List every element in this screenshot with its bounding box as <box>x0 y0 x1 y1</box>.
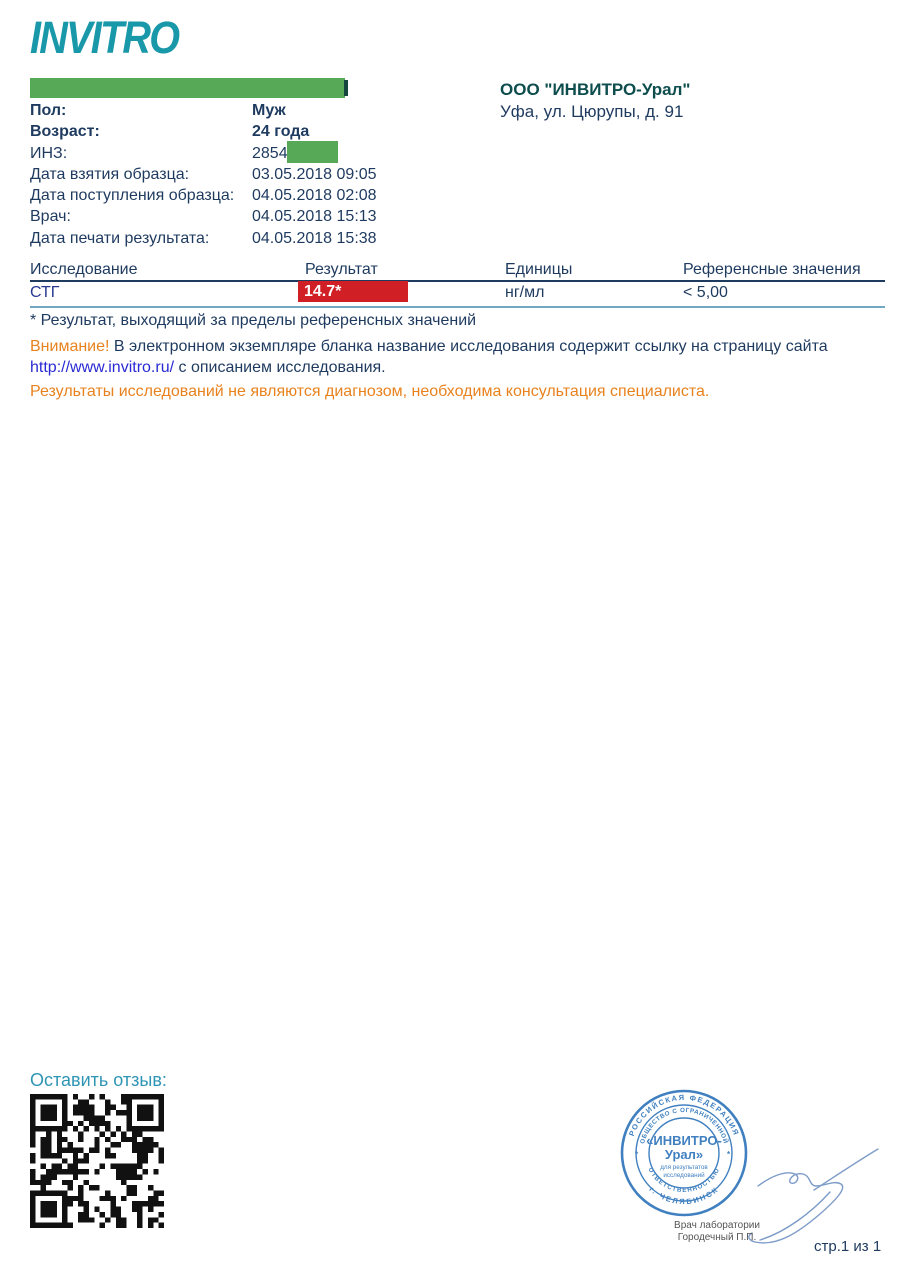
stamp-center-line2: Урал» <box>665 1147 703 1162</box>
stamp-center-line3: для результатов <box>660 1164 708 1171</box>
stamp-center-line1: «ИНВИТРО- <box>646 1133 722 1148</box>
stamp-star-right: * <box>727 1150 731 1159</box>
patient-row-age: Возраст: 24 года <box>30 121 550 142</box>
patient-row-sex: Пол: Муж <box>30 100 550 121</box>
patient-row-value: 04.05.2018 15:38 <box>252 228 377 249</box>
out-of-range-footnote: * Результат, выходящий за пределы рефере… <box>30 312 476 330</box>
company-stamp: РОССИЙСКАЯ ФЕДЕРАЦИЯ г. ЧЕЛЯБИНСК ОБЩЕСТ… <box>612 1081 756 1225</box>
patient-name-redaction-bar <box>30 78 345 98</box>
page-number: стр.1 из 1 <box>814 1238 881 1255</box>
lab-report-page: INVITRO ООО "ИНВИТРО-Урал" Уфа, ул. Цюру… <box>0 0 913 1280</box>
patient-row-print-date: Дата печати результата: 04.05.2018 15:38 <box>30 228 550 249</box>
table-row-rule <box>30 306 885 308</box>
doctor-title: Врач лаборатории <box>652 1220 782 1232</box>
patient-row-value: 04.05.2018 02:08 <box>252 185 377 206</box>
table-header-reference: Референсные значения <box>683 261 861 279</box>
patient-row-label: ИНЗ: <box>30 143 252 164</box>
table-header-test: Исследование <box>30 261 138 279</box>
inz-redaction-bar <box>287 141 338 163</box>
patient-row-label: Пол: <box>30 100 252 121</box>
patient-info-block: Пол: Муж Возраст: 24 года ИНЗ: 28540 Дат… <box>30 100 550 249</box>
feedback-label: Оставить отзыв: <box>30 1070 167 1091</box>
patient-row-label: Врач: <box>30 206 252 227</box>
patient-row-sample-taken: Дата взятия образца: 03.05.2018 09:05 <box>30 164 550 185</box>
qr-code <box>30 1094 164 1228</box>
doctor-caption: Врач лаборатории Городечный П.П. <box>652 1220 782 1243</box>
patient-row-doctor: Врач: 04.05.2018 15:13 <box>30 206 550 227</box>
table-cell-reference: < 5,00 <box>683 284 728 302</box>
table-cell-test-name: СТГ <box>30 284 59 302</box>
stamp-center-line4: исследований <box>663 1171 705 1179</box>
org-name: ООО "ИНВИТРО-Урал" <box>500 80 690 100</box>
patient-row-value: 04.05.2018 15:13 <box>252 206 377 227</box>
patient-row-value: 03.05.2018 09:05 <box>252 164 377 185</box>
patient-row-value: 24 года <box>252 121 309 142</box>
patient-row-value: Муж <box>252 100 286 121</box>
disclaimer-note: Результаты исследований не являются диаг… <box>30 383 709 401</box>
patient-row-label: Дата печати результата: <box>30 228 252 249</box>
patient-row-label: Дата взятия образца: <box>30 164 252 185</box>
table-header-result: Результат <box>305 261 378 279</box>
doctor-name: Городечный П.П. <box>652 1232 782 1244</box>
patient-row-sample-received: Дата поступления образца: 04.05.2018 02:… <box>30 185 550 206</box>
table-cell-units: нг/мл <box>505 284 544 302</box>
attention-text: В электронном экземпляре бланка название… <box>114 338 828 355</box>
attention-label: Внимание! <box>30 338 109 355</box>
patient-row-label: Возраст: <box>30 121 252 142</box>
attention-note: Внимание! В электронном экземпляре бланк… <box>30 337 880 378</box>
flagged-result-highlight: 14.7* <box>298 281 408 302</box>
redaction-edge-mark <box>344 80 348 96</box>
stamp-star-left: * <box>635 1150 639 1159</box>
table-cell-result: 14.7* <box>298 281 408 302</box>
patient-row-label: Дата поступления образца: <box>30 185 252 206</box>
table-header-rule <box>30 280 885 282</box>
table-header-units: Единицы <box>505 261 572 279</box>
invitro-url-link[interactable]: http://www.invitro.ru/ <box>30 359 174 376</box>
attention-tail: с описанием исследования. <box>179 359 386 376</box>
invitro-logo: INVITRO <box>30 12 178 64</box>
